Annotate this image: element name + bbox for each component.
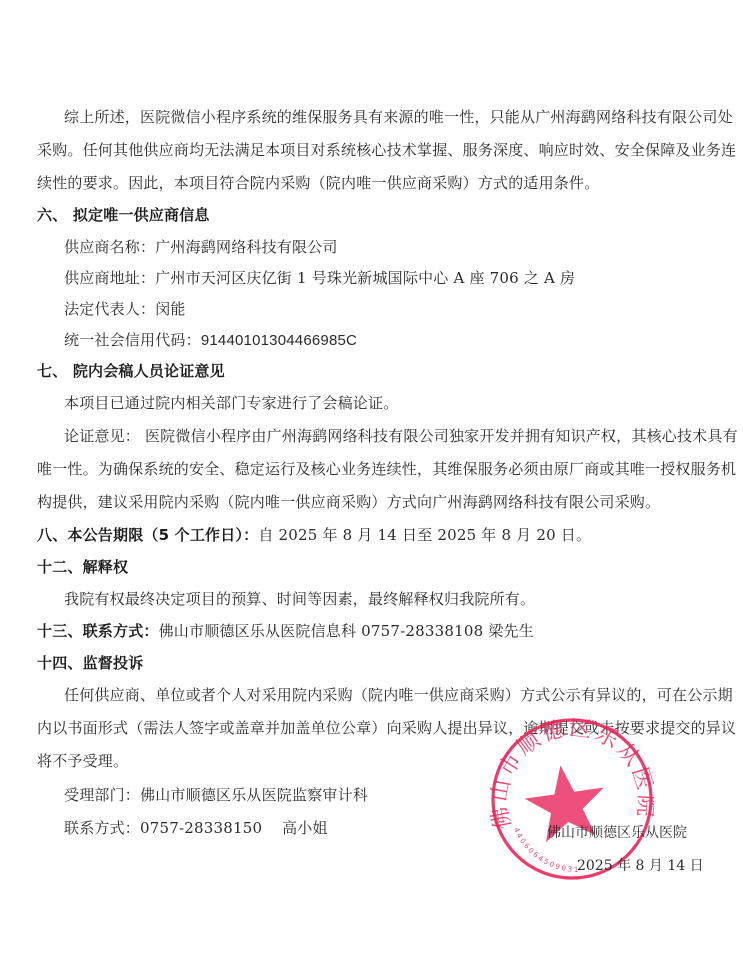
dept: 佛山市顺德区乐从医院监察审计科 bbox=[140, 786, 368, 804]
summary-line-3: 续性的要求。因此，本项目符合院内采购（院内唯一供应商采购）方式的适用条件。 bbox=[37, 173, 599, 193]
legal-rep-label: 法定代表人： bbox=[64, 300, 155, 318]
credit-code: 91440101304466985C bbox=[201, 332, 357, 349]
summary-line-2: 采购。任何其他供应商均无法满足本项目对系统核心技术掌握、服务深度、响应时效、安全… bbox=[37, 140, 736, 160]
complaint-line-1: 任何供应商、单位或者个人对采用院内采购（院内唯一供应商采购）方式公示有异议的，可… bbox=[64, 685, 733, 705]
legal-rep: 闵能 bbox=[155, 300, 185, 318]
section-8-row: 八、本公告期限（5 个工作日）：自 2025 年 8 月 14 日至 2025 … bbox=[37, 525, 591, 545]
credit-code-row: 统一社会信用代码：91440101304466985C bbox=[64, 330, 357, 351]
contact-info: 佛山市顺德区乐从医院信息科 0757-28338108 梁先生 bbox=[159, 622, 534, 640]
section-8-heading: 八、本公告期限（5 个工作日）： bbox=[37, 526, 258, 544]
section-13-row: 十三、联系方式：佛山市顺德区乐从医院信息科 0757-28338108 梁先生 bbox=[37, 621, 534, 641]
supplier-address-label: 供应商地址： bbox=[64, 269, 155, 287]
credit-code-label: 统一社会信用代码： bbox=[64, 331, 201, 349]
supplier-address-row: 供应商地址：广州市天河区庆亿街 1 号珠光新城国际中心 A 座 706 之 A … bbox=[64, 268, 575, 288]
summary-line-1: 综上所述，医院微信小程序系统的维保服务具有来源的唯一性，只能从广州海鹞网络科技有… bbox=[64, 107, 733, 127]
opinion-line-3: 构提供，建议采用院内采购（院内唯一供应商采购）方式向广州海鹞网络科技有限公司采购… bbox=[37, 492, 660, 512]
supplier-name-label: 供应商名称： bbox=[64, 238, 155, 256]
supplier-name: 广州海鹞网络科技有限公司 bbox=[155, 238, 337, 256]
legal-rep-row: 法定代表人：闵能 bbox=[64, 299, 186, 319]
opinion-line-2: 唯一性。为确保系统的安全、稳定运行及核心业务连续性，其维保服务必须由原厂商或其唯… bbox=[37, 459, 736, 479]
section-6-heading: 六、 拟定唯一供应商信息 bbox=[37, 205, 210, 225]
supplier-name-row: 供应商名称：广州海鹞网络科技有限公司 bbox=[64, 237, 338, 257]
section-12-body: 我院有权最终决定项目的预算、时间等因素，最终解释权归我院所有。 bbox=[64, 589, 535, 609]
signature-date: 2025 年 8 月 14 日 bbox=[577, 855, 704, 875]
signature-org: 佛山市顺德区乐从医院 bbox=[547, 822, 687, 842]
section-14-heading: 十四、监督投诉 bbox=[37, 653, 143, 673]
complaint-contact-label: 联系方式： bbox=[64, 819, 140, 837]
supplier-address: 广州市天河区庆亿街 1 号珠光新城国际中心 A 座 706 之 A 房 bbox=[155, 269, 575, 287]
complaint-line-3: 将不予受理。 bbox=[37, 751, 128, 771]
section-7-heading: 七、 院内会稿人员论证意见 bbox=[37, 361, 225, 381]
section-13-heading: 十三、联系方式： bbox=[37, 622, 159, 640]
opinion-line-1: 论证意见： 医院微信小程序由广州海鹞网络科技有限公司独家开发并拥有知识产权，其核… bbox=[64, 426, 738, 446]
complaint-contact-row: 联系方式：0757-28338150 高小姐 bbox=[64, 818, 328, 838]
section-12-heading: 十二、解释权 bbox=[37, 557, 128, 577]
dept-label: 受理部门： bbox=[64, 786, 140, 804]
section-7-intro: 本项目已通过院内相关部门专家进行了会稿论证。 bbox=[64, 393, 398, 413]
notice-period: 自 2025 年 8 月 14 日至 2025 年 8 月 20 日。 bbox=[258, 526, 591, 544]
complaint-contact: 0757-28338150 高小姐 bbox=[140, 819, 328, 837]
dept-row: 受理部门：佛山市顺德区乐从医院监察审计科 bbox=[64, 785, 368, 805]
